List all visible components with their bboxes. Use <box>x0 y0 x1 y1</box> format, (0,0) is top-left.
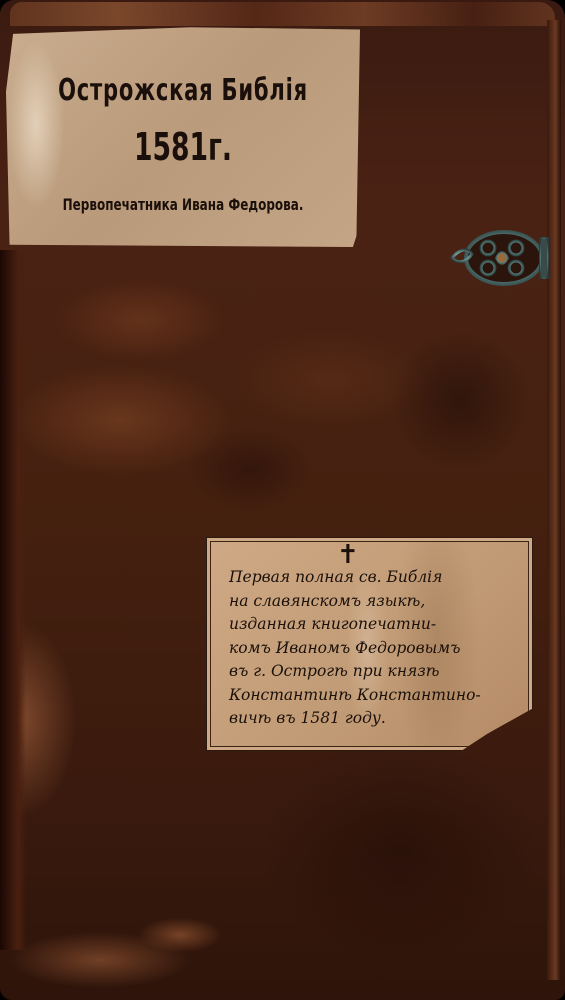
ornate-clasp-icon <box>442 226 552 290</box>
description-label: ✝ Первая полная св. Библія на славянском… <box>206 537 533 751</box>
handwritten-line: на славянскомъ языкѣ, <box>229 590 528 614</box>
cover-right-edge <box>547 20 561 980</box>
handwritten-line: вичѣ въ 1581 году. <box>229 707 528 731</box>
handwritten-text: Первая полная св. Библія на славянскомъ … <box>229 566 528 731</box>
handwritten-line: комъ Иваномъ Федоровымъ <box>229 637 528 661</box>
handwritten-line: изданная книгопечатни- <box>229 613 528 637</box>
cover-top-edge <box>10 2 555 26</box>
cover-left-edge <box>0 250 26 950</box>
title-label-heading: Острожская Библія <box>45 73 321 108</box>
handwritten-line: Константинѣ Константино- <box>229 684 528 708</box>
title-label: Острожская Библія 1581г. Первопечатника … <box>6 25 360 247</box>
handwritten-line: Первая полная св. Библія <box>229 566 528 590</box>
handwritten-line: въ г. Острогѣ при князѣ <box>229 660 528 684</box>
title-label-printer: Первопечатника Ивана Федорова. <box>50 195 316 214</box>
title-label-year: 1581г. <box>59 125 307 169</box>
